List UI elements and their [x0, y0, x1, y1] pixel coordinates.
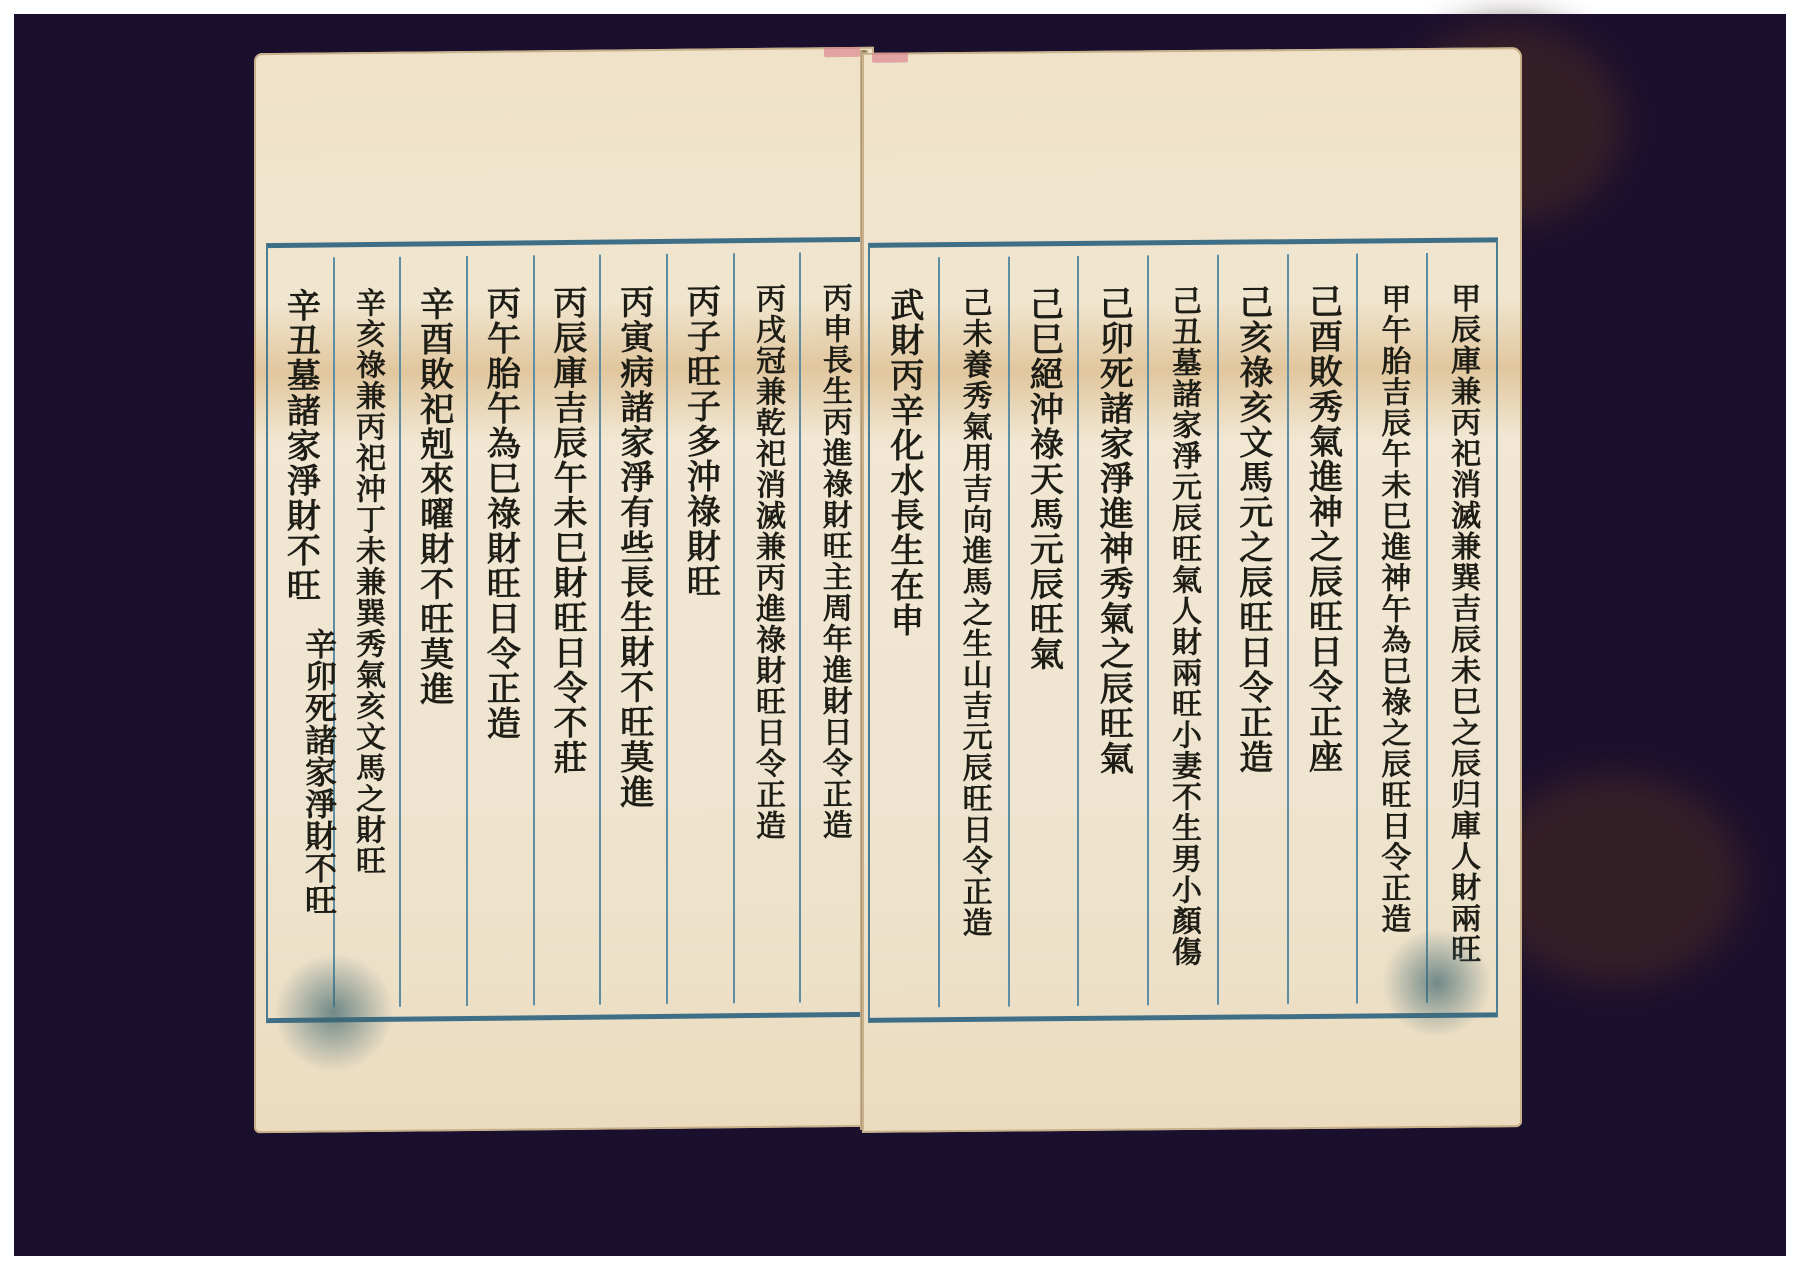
book-spread: 辛丑墓諸家淨財不旺 辛卯死諸家淨財不旺 辛亥祿兼丙祀沖丁未兼巽秀氣亥文馬之財旺 …: [254, 50, 1524, 1130]
text-column: 辛亥祿兼丙祀沖丁未兼巽秀氣亥文馬之財旺: [335, 257, 402, 1008]
column-text: 己巳絕沖祿天馬元辰旺氣: [1023, 256, 1063, 1006]
text-column: 甲午胎吉辰午未巳進神午為巳祿之辰旺日令正造: [1356, 253, 1426, 1004]
text-column: 甲辰庫兼丙祀消滅兼巽吉辰未巳之辰归庫人財兩旺: [1426, 252, 1496, 1003]
corner-wear: [274, 952, 394, 1073]
text-column: 辛酉敗祀剋來曜財不旺莫進: [401, 256, 468, 1007]
text-column: 丙午胎午為巳祿財旺日令正造: [468, 255, 535, 1006]
right-page-columns: 甲辰庫兼丙祀消滅兼巽吉辰未巳之辰归庫人財兩旺 甲午胎吉辰午未巳進神午為巳祿之辰旺…: [870, 252, 1496, 1007]
text-column: 己酉敗秀氣進神之辰旺日令正座: [1287, 254, 1357, 1005]
red-seal-mark: [872, 52, 908, 62]
text-column: 辛丑墓諸家淨財不旺 辛卯死諸家淨財不旺: [268, 257, 335, 1008]
right-page-ruled-frame: 甲辰庫兼丙祀消滅兼巽吉辰未巳之辰归庫人財兩旺 甲午胎吉辰午未巳進神午為巳祿之辰旺…: [868, 237, 1498, 1022]
column-text: 丙申長生丙進祿財旺主周年進財日令正造: [814, 252, 854, 1002]
column-text: 武財丙辛化水長生在申: [884, 257, 924, 1007]
text-column: 丙辰庫吉辰午未巳財旺日令不莊: [535, 255, 602, 1006]
column-text: 丙子旺子多沖祿財旺: [680, 253, 720, 1003]
text-column: 己巳絕沖祿天馬元辰旺氣: [1008, 256, 1078, 1007]
column-text: 辛亥祿兼丙祀沖丁未兼巽秀氣亥文馬之財旺: [347, 257, 387, 1007]
text-column: 丙戌冠兼乾祀消滅兼丙進祿財旺日令正造: [735, 253, 802, 1004]
column-text: 丙午胎午為巳祿財旺日令正造: [480, 255, 520, 1005]
column-text: 己丑墓諸家淨元辰旺氣人財兩旺小妻不生男小顏傷: [1163, 255, 1203, 1005]
text-column: 丙寅病諸家淨有些長生財不旺莫進: [601, 254, 668, 1005]
column-text: 辛酉敗祀剋來曜財不旺莫進: [414, 256, 454, 1006]
text-column: 丙申長生丙進祿財旺主周年進財日令正造: [801, 252, 866, 1003]
text-column: 己未養秀氣用吉向進馬之生山吉元辰旺日令正造: [938, 257, 1008, 1008]
red-seal-mark: [824, 47, 860, 57]
text-column: 己卯死諸家淨進神秀氣之辰旺氣: [1077, 255, 1147, 1006]
text-column: 丙子旺子多沖祿財旺: [668, 253, 735, 1004]
corner-wear: [1382, 927, 1492, 1038]
text-column: 己丑墓諸家淨元辰旺氣人財兩旺小妻不生男小顏傷: [1147, 255, 1217, 1006]
left-page-ruled-frame: 辛丑墓諸家淨財不旺 辛卯死諸家淨財不旺 辛亥祿兼丙祀沖丁未兼巽秀氣亥文馬之財旺 …: [266, 237, 868, 1023]
right-page: 甲辰庫兼丙祀消滅兼巽吉辰未巳之辰归庫人財兩旺 甲午胎吉辰午未巳進神午為巳祿之辰旺…: [862, 47, 1522, 1133]
text-column: 己亥祿亥文馬元之辰旺日令正造: [1217, 254, 1287, 1005]
column-text: 己未養秀氣用吉向進馬之生山吉元辰旺日令正造: [954, 257, 994, 1007]
column-text: 甲午胎吉辰午未巳進神午為巳祿之辰旺日令正造: [1372, 253, 1412, 1003]
text-column: 武財丙辛化水長生在申: [870, 257, 938, 1008]
left-page-columns: 辛丑墓諸家淨財不旺 辛卯死諸家淨財不旺 辛亥祿兼丙祀沖丁未兼巽秀氣亥文馬之財旺 …: [268, 252, 866, 1008]
column-text: 己酉敗秀氣進神之辰旺日令正座: [1303, 254, 1343, 1004]
column-text: 己亥祿亥文馬元之辰旺日令正造: [1233, 254, 1273, 1004]
column-text: 己卯死諸家淨進神秀氣之辰旺氣: [1093, 256, 1133, 1006]
left-page: 辛丑墓諸家淨財不旺 辛卯死諸家淨財不旺 辛亥祿兼丙祀沖丁未兼巽秀氣亥文馬之財旺 …: [254, 47, 874, 1133]
scan-background: 辛丑墓諸家淨財不旺 辛卯死諸家淨財不旺 辛亥祿兼丙祀沖丁未兼巽秀氣亥文馬之財旺 …: [14, 14, 1786, 1256]
column-text: 丙辰庫吉辰午未巳財旺日令不莊: [547, 255, 587, 1005]
column-text: 丙寅病諸家淨有些長生財不旺莫進: [614, 254, 654, 1004]
column-text: 丙戌冠兼乾祀消滅兼丙進祿財旺日令正造: [747, 253, 787, 1003]
column-text: 甲辰庫兼丙祀消滅兼巽吉辰未巳之辰归庫人財兩旺: [1442, 252, 1482, 1002]
